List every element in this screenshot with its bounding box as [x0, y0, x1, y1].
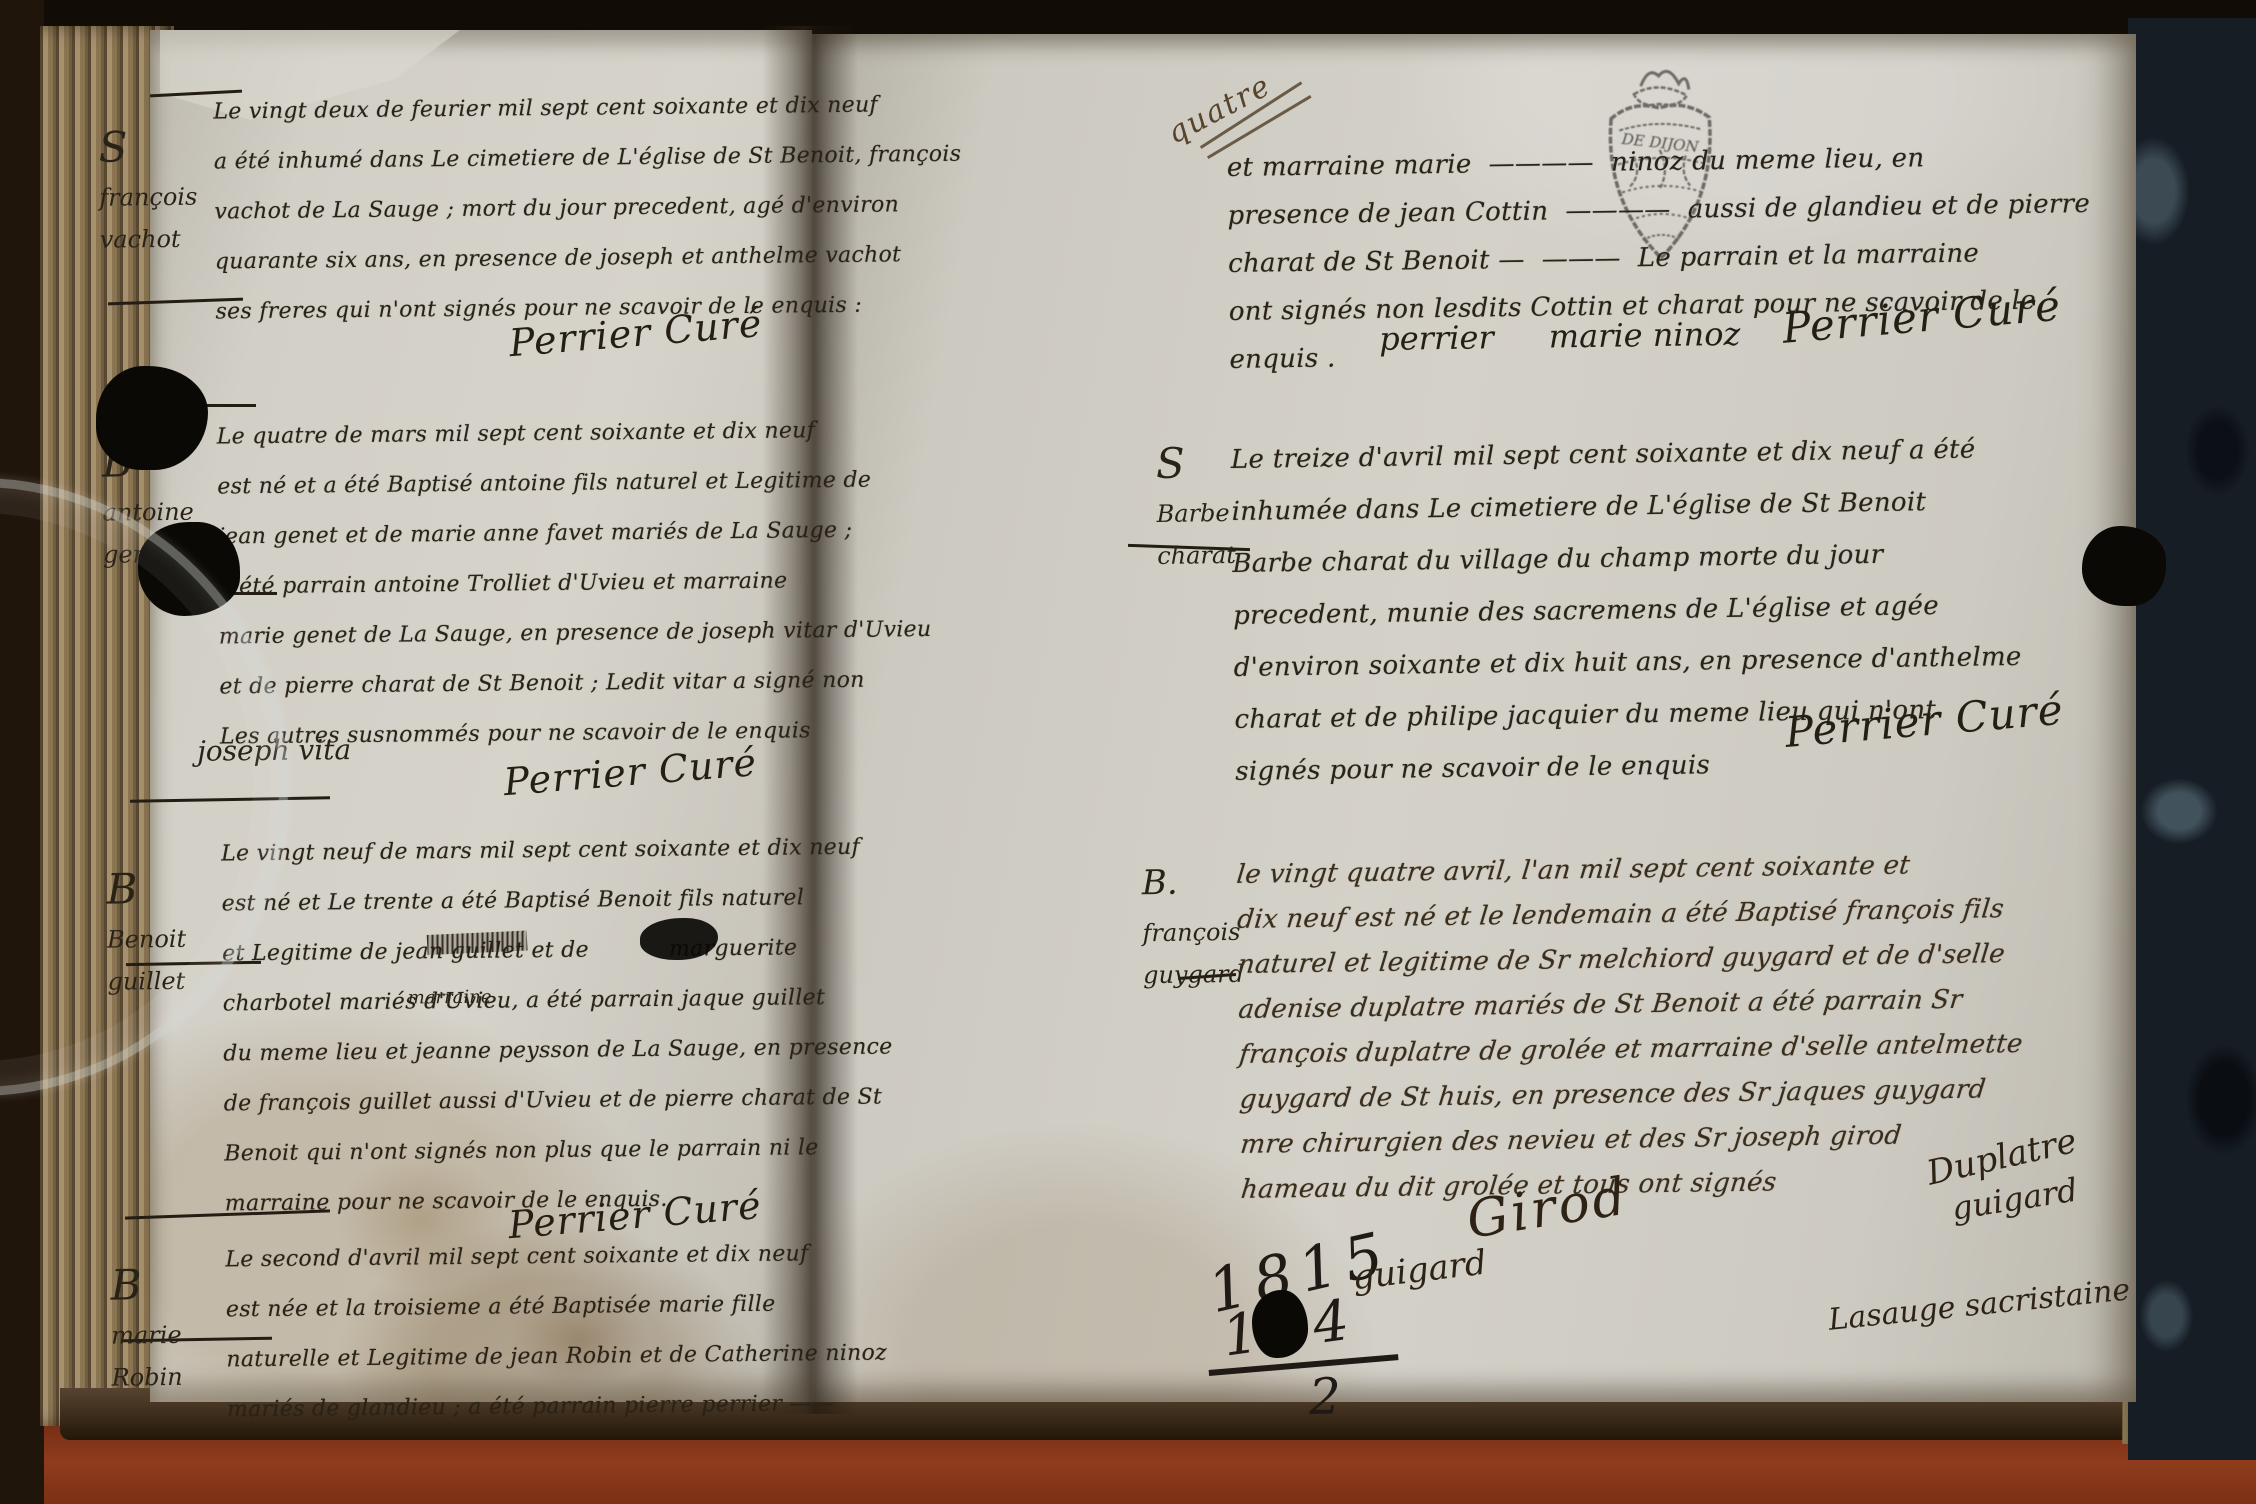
pencil-number-result: 2	[1309, 1367, 1400, 1426]
margin-name-line: B.	[1142, 863, 1178, 903]
record-line: charbotel mariés d'Uvieu, a été parrain …	[222, 973, 807, 1029]
witness-signature: marie ninoz	[1548, 315, 1740, 356]
register-record: SfrançoisvachotLe vingt deux de feurier …	[98, 81, 801, 338]
margin-name: Sfrançoisvachot	[98, 118, 211, 261]
margin-name: SBarbecharat	[1156, 433, 1270, 577]
ink-blot	[1252, 1290, 1308, 1358]
record-line: est née et la troisieme a été Baptisée m…	[226, 1279, 811, 1335]
margin-name-line: Robin	[111, 1355, 223, 1398]
record-line: Le second d'avril mil sept cent soixante…	[225, 1229, 810, 1285]
record-line: de françois guillet aussi d'Uvieu et de …	[224, 1073, 809, 1129]
margin-name-line: S	[1156, 439, 1185, 488]
record-line: est né et Le trente a été Baptisé Benoit…	[221, 873, 806, 929]
record-line: mariés de glandieu ; a été parrain pierr…	[227, 1379, 812, 1435]
register-record: SBarbecharatLe treize d'avril mil sept c…	[1126, 421, 2191, 800]
interline-insertion: marraine	[408, 987, 492, 1009]
record-line: Le vingt neuf de mars mil sept cent soix…	[221, 823, 806, 879]
register-photo: SfrançoisvachotLe vingt deux de feurier …	[0, 0, 2256, 1504]
record-line: est né et a été Baptisé antoine fils nat…	[217, 456, 802, 512]
record-line: vachot de La Sauge ; mort du jour preced…	[214, 181, 799, 237]
witness-signature: Lasauge sacristaine	[1827, 1272, 2132, 1337]
register-record: B.françoisguygardle vingt quatre avril, …	[1131, 840, 2196, 1215]
margin-name-line: vachot	[100, 218, 212, 261]
record-line: a été parrain antoine Trolliet d'Uvieu e…	[218, 556, 803, 612]
record-line: marie genet de La Sauge, en presence de …	[219, 606, 804, 662]
record-line: Benoit qui n'ont signés non plus que le …	[224, 1123, 809, 1179]
witness-signature: perrier	[1379, 318, 1494, 358]
margin-name-line: S	[99, 122, 128, 171]
margin-name-line: Barbe	[1156, 491, 1269, 535]
record-line: a été inhumé dans Le cimetiere de L'égli…	[214, 131, 799, 187]
register-record: et marraine marie ———— ninoz du meme lie…	[1122, 131, 2185, 386]
margin-name: BmarieRobin	[110, 1255, 223, 1398]
margin-name-line: B	[110, 1260, 141, 1309]
margin-name-line: françois	[99, 176, 211, 219]
record-line: Le vingt deux de feurier mil sept cent s…	[213, 81, 798, 137]
record-line: et de pierre charat de St Benoit ; Ledit…	[219, 656, 804, 712]
right-page-records: quatre DE DIJON 1815 164 2 et marrain	[1120, 53, 2199, 1448]
record-line: jean genet et de marie anne favet mariés…	[218, 506, 803, 562]
margin-name-line: charat	[1157, 533, 1270, 577]
record-line: naturelle et Legitime de jean Robin et d…	[226, 1329, 811, 1385]
margin-name-line: marie	[111, 1313, 223, 1356]
record-line: quarante six ans, en presence de joseph …	[215, 231, 800, 287]
inline-signatures: perriermarie ninoz	[1379, 314, 1796, 358]
ink-blot	[2082, 526, 2166, 606]
record-line: Le quatre de mars mil sept cent soixante…	[217, 406, 802, 462]
record-line: du meme lieu et jeanne peysson de La Sau…	[223, 1023, 808, 1079]
register-record: BmarieRobinLe second d'avril mil sept ce…	[110, 1229, 812, 1436]
